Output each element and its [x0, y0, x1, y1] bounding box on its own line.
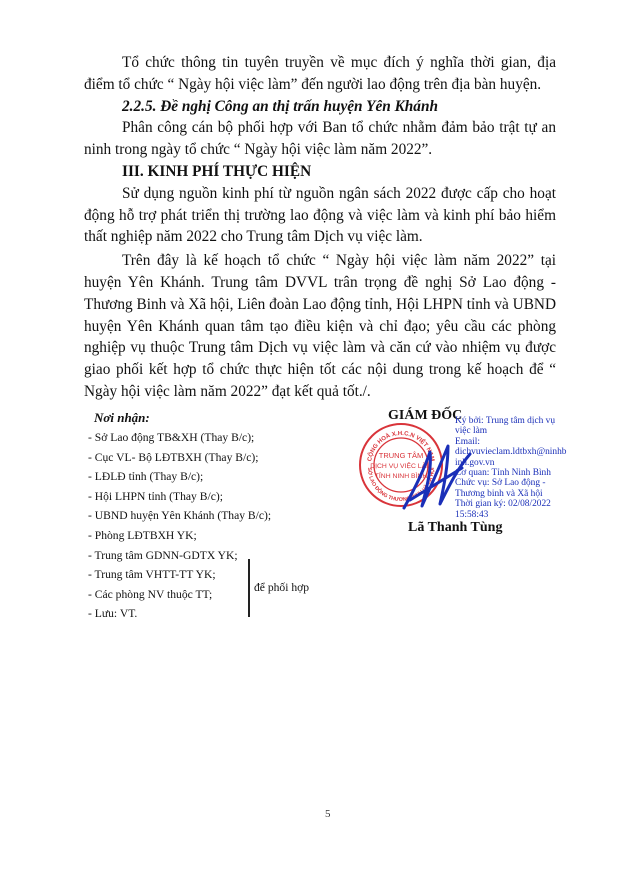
bracket-label: để phối hợp [254, 578, 309, 598]
paragraph-funding: Sử dụng nguồn kinh phí từ nguồn ngân sác… [84, 183, 556, 248]
recipient-item: - Sở Lao động TB&XH (Thay B/c); [88, 428, 348, 448]
recipient-item: - Trung tâm GDNN-GDTX YK; [88, 546, 348, 566]
recipient-item: - LĐLĐ tỉnh (Thay B/c); [88, 467, 348, 487]
sig-info-line: Thời gian ký: 02/08/2022 [455, 499, 575, 509]
bracket-line [248, 559, 250, 617]
page-number: 5 [325, 808, 331, 820]
paragraph-propaganda: Tổ chức thông tin tuyên truyền về mục đí… [84, 52, 556, 96]
paragraph-conclusion: Trên đây là kế hoạch tổ chức “ Ngày hội … [84, 250, 556, 403]
sig-info-line: việc làm [455, 426, 575, 436]
sig-info-line: 15:58:43 [455, 510, 575, 520]
sig-info-line: Cơ quan: Tỉnh Ninh Bình [455, 468, 575, 478]
document-page: Tổ chức thông tin tuyên truyền về mục đí… [0, 0, 620, 877]
section-heading-funding: III. KINH PHÍ THỰC HIỆN [84, 161, 556, 183]
sig-info-line: Email: [455, 437, 575, 447]
sig-info-line: inh.gov.vn [455, 458, 575, 468]
recipient-item: - Phòng LĐTBXH YK; [88, 526, 348, 546]
section-heading-police: 2.2.5. Đề nghị Công an thị trấn huyện Yê… [84, 96, 556, 118]
sig-info-line: Ký bởi: Trung tâm dịch vụ [455, 416, 575, 426]
body-text: Tổ chức thông tin tuyên truyền về mục đí… [84, 52, 556, 403]
recipients-title: Nơi nhận: [88, 408, 348, 428]
digital-signature-info: Ký bởi: Trung tâm dịch vụ việc làm Email… [455, 416, 575, 520]
recipient-item: - Hội LHPN tỉnh (Thay B/c); [88, 487, 348, 507]
recipient-item: - Cục VL- Bộ LĐTBXH (Thay B/c); [88, 448, 348, 468]
recipient-item: - Lưu: VT. [88, 604, 348, 624]
signer-name: Lã Thanh Tùng [408, 520, 502, 536]
sig-info-line: Thương binh và Xã hội [455, 489, 575, 499]
recipient-item: - UBND huyện Yên Khánh (Thay B/c); [88, 506, 348, 526]
sig-info-line: Chức vụ: Sở Lao động - [455, 478, 575, 488]
sig-info-line: dichvuvieclam.ldtbxh@ninhb [455, 447, 575, 457]
recipients-block: Nơi nhận: - Sở Lao động TB&XH (Thay B/c)… [88, 408, 348, 624]
paragraph-security: Phân công cán bộ phối hợp với Ban tổ chứ… [84, 117, 556, 161]
